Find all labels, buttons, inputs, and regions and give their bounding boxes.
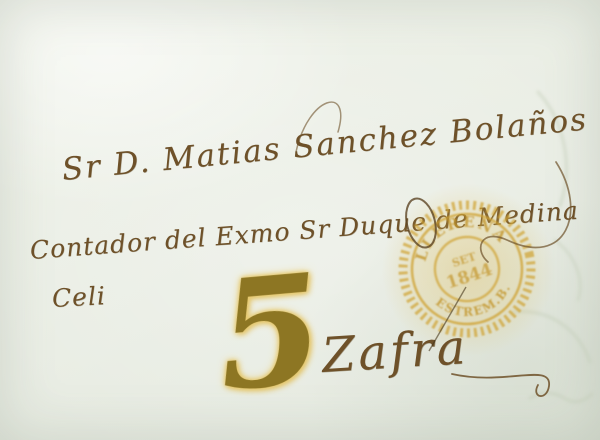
address-line-3: Celi [51,281,106,313]
zafra-tail-flourish [452,374,549,396]
address-line-1: Sr D. Matias Sanchez Bolaños [60,101,589,187]
destination-name: Zafra [320,319,469,384]
postal-rate-mark: 5 [212,254,329,413]
